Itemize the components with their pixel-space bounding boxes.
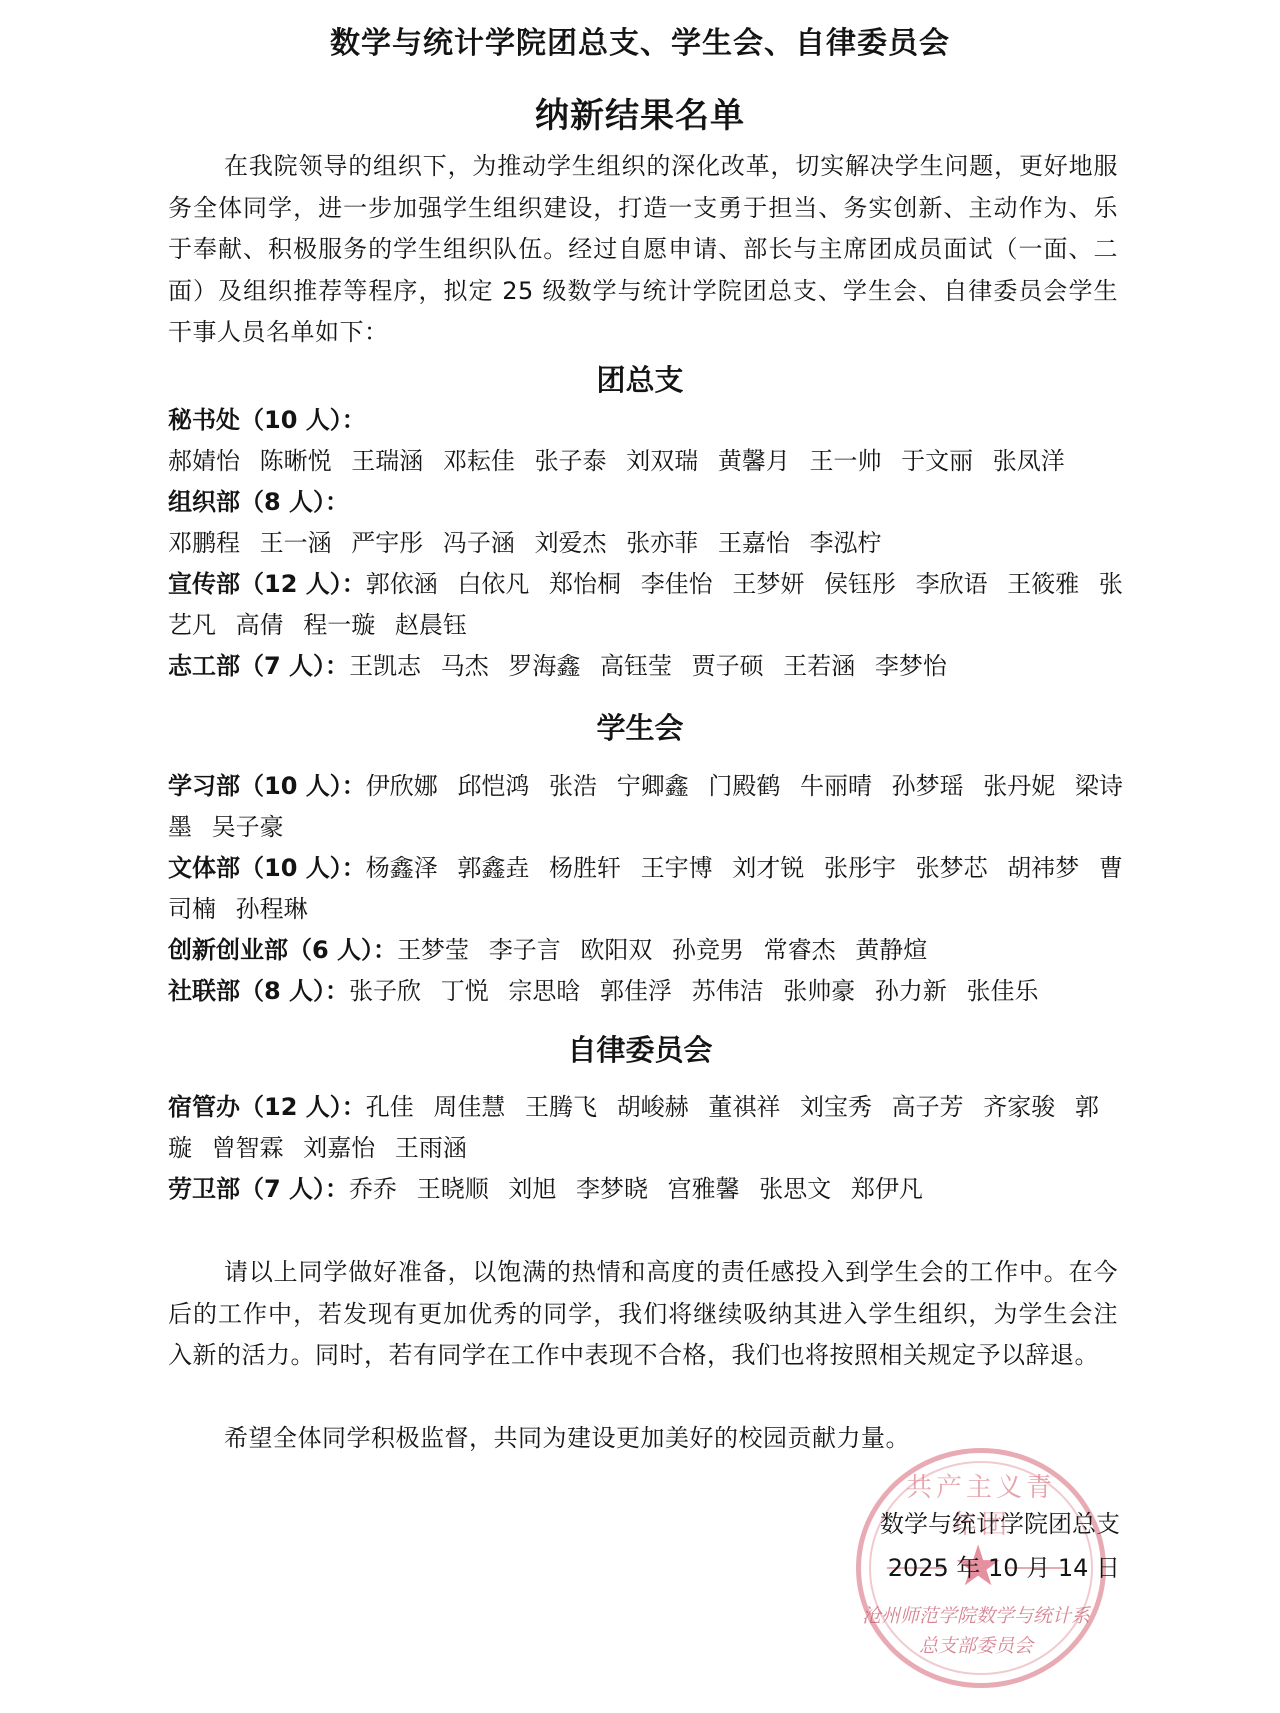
member-list: 郝婧怡 陈晰悦 王瑞涵 邓耘佳 张子泰 刘双瑞 黄馨月 王一帅 于文丽 张凤洋 [168,441,1128,482]
member-name: 高钰莹 [600,652,672,680]
member-list: 王梦莹 李子言 欧阳双 孙竞男 常睿杰 黄静煊 [397,936,939,964]
dept-count: （10 人）： [240,772,366,800]
member-name: 高倩 [236,611,284,639]
member-name: 郭依涵 [366,570,438,598]
member-name: 伊欣娜 [366,772,438,800]
dept-count: （7 人）： [240,652,349,680]
member-name: 张彤宇 [824,854,896,882]
member-name: 严宇彤 [351,529,423,557]
dept-count: （7 人）： [240,1175,349,1203]
member-name: 高子芳 [892,1093,964,1121]
dept-label: 学习部 [168,772,240,800]
member-name: 王梦妍 [732,570,804,598]
dept-count: （6 人）： [288,936,397,964]
member-name: 刘爱杰 [535,529,607,557]
member-name: 王晓顺 [417,1175,489,1203]
member-name: 李子言 [489,936,561,964]
member-name: 曾智霖 [212,1134,284,1162]
dept-label: 志工部 [168,652,240,680]
dept-label: 创新创业部 [168,936,288,964]
member-name: 张帅豪 [783,977,855,1005]
signature-date: 2025 年 10 月 14 日 [880,1546,1120,1590]
member-name: 张子欣 [349,977,421,1005]
member-name: 李梦晓 [576,1175,648,1203]
member-name: 贾子硕 [692,652,764,680]
document-title: 数学与统计学院团总支、学生会、自律委员会 [0,18,1280,62]
member-name: 苏伟洁 [692,977,764,1005]
member-name: 王雨涵 [395,1134,467,1162]
member-name: 王瑞涵 [351,447,423,475]
member-name: 刘才锐 [732,854,804,882]
member-name: 牛丽晴 [800,772,872,800]
signature-block: 数学与统计学院团总支 2025 年 10 月 14 日 [880,1502,1120,1590]
member-name: 张梦芯 [916,854,988,882]
dept-hygiene: 劳卫部（7 人）：乔乔 王晓顺 刘旭 李梦晓 宫雅馨 张思文 郑伊凡 [168,1169,1128,1210]
member-name: 程一璇 [303,611,375,639]
closing-paragraph: 请以上同学做好准备，以饱满的热情和高度的责任感投入到学生会的工作中。在今后的工作… [168,1252,1118,1377]
member-name: 马杰 [441,652,489,680]
member-name: 张思文 [759,1175,831,1203]
dept-label: 组织部 [168,488,240,516]
document-subtitle: 纳新结果名单 [0,88,1280,137]
dept-secretariat: 秘书处（10 人）： 郝婧怡 陈晰悦 王瑞涵 邓耘佳 张子泰 刘双瑞 黄馨月 王… [168,400,1128,482]
member-name: 罗海鑫 [508,652,580,680]
member-name: 刘嘉怡 [303,1134,375,1162]
member-list: 张子欣 丁悦 宗思晗 郭佳浮 苏伟洁 张帅豪 孙力新 张佳乐 [349,977,1050,1005]
member-name: 张亦菲 [626,529,698,557]
member-name: 孙程琳 [236,895,308,923]
member-name: 胡峻赫 [617,1093,689,1121]
dept-volunteer: 志工部（7 人）：王凯志 马杰 罗海鑫 高钰莹 贾子硕 王若涵 李梦怡 [168,646,1128,687]
member-name: 王腾飞 [525,1093,597,1121]
member-list: 王凯志 马杰 罗海鑫 高钰莹 贾子硕 王若涵 李梦怡 [349,652,959,680]
member-name: 王一帅 [809,447,881,475]
dept-count: （10 人）： [240,854,366,882]
dept-count: （8 人）： [240,488,349,516]
member-name: 张凤洋 [993,447,1065,475]
member-name: 郭鑫垚 [457,854,529,882]
seal-bottom-text-1: 沧州师范学院数学与统计系 [856,1601,1096,1628]
member-name: 孙力新 [875,977,947,1005]
dept-count: （12 人）： [240,570,366,598]
member-name: 杨鑫泽 [366,854,438,882]
member-name: 王筱雅 [1007,570,1079,598]
member-name: 郑怡桐 [549,570,621,598]
member-name: 邓鹏程 [168,529,240,557]
dept-label: 秘书处 [168,406,240,434]
member-name: 张子泰 [535,447,607,475]
dept-label: 社联部 [168,977,240,1005]
member-name: 黄馨月 [718,447,790,475]
section-title-youth-league: 团总支 [0,358,1280,399]
signature-org: 数学与统计学院团总支 [880,1502,1120,1546]
member-name: 白依凡 [457,570,529,598]
dept-label: 宣传部 [168,570,240,598]
member-name: 张浩 [549,772,597,800]
member-name: 刘双瑞 [626,447,698,475]
section-title-self-discipline: 自律委员会 [0,1028,1280,1069]
member-name: 侯钰彤 [824,570,896,598]
member-name: 郑伊凡 [851,1175,923,1203]
member-name: 孔佳 [366,1093,414,1121]
dept-count: （12 人）： [240,1093,366,1121]
member-name: 李梦怡 [875,652,947,680]
member-name: 周佳慧 [433,1093,505,1121]
member-name: 张丹妮 [983,772,1055,800]
member-name: 郭佳浮 [600,977,672,1005]
member-name: 邓耘佳 [443,447,515,475]
member-name: 王嘉怡 [718,529,790,557]
member-name: 吴子豪 [212,813,284,841]
member-name: 陈晰悦 [260,447,332,475]
seal-bottom-text-2: 总支部委员会 [856,1631,1096,1658]
dept-innovation: 创新创业部（6 人）：王梦莹 李子言 欧阳双 孙竞男 常睿杰 黄静煊 [168,930,1128,971]
member-name: 王一涵 [260,529,332,557]
dept-label: 宿管办 [168,1093,240,1121]
member-name: 欧阳双 [580,936,652,964]
member-name: 孙竞男 [672,936,744,964]
dept-publicity: 宣传部（12 人）：郭依涵 白依凡 郑怡桐 李佳怡 王梦妍 侯钰彤 李欣语 王筱… [168,564,1128,646]
member-name: 冯子涵 [443,529,515,557]
member-name: 杨胜轩 [549,854,621,882]
member-name: 张佳乐 [967,977,1039,1005]
member-name: 李佳怡 [641,570,713,598]
member-name: 丁悦 [441,977,489,1005]
member-name: 董祺祥 [708,1093,780,1121]
member-name: 王宇博 [641,854,713,882]
member-name: 于文丽 [901,447,973,475]
dept-organization: 组织部（8 人）： 邓鹏程 王一涵 严宇彤 冯子涵 刘爱杰 张亦菲 王嘉怡 李泓… [168,482,1128,564]
member-name: 黄静煊 [855,936,927,964]
dept-clubs: 社联部（8 人）：张子欣 丁悦 宗思晗 郭佳浮 苏伟洁 张帅豪 孙力新 张佳乐 [168,971,1128,1012]
member-name: 常睿杰 [764,936,836,964]
dept-count: （10 人）： [240,406,366,434]
member-name: 李泓柠 [809,529,881,557]
member-name: 郝婧怡 [168,447,240,475]
member-name: 刘宝秀 [800,1093,872,1121]
member-name: 邱恺鸿 [457,772,529,800]
member-name: 乔乔 [349,1175,397,1203]
member-name: 王梦莹 [397,936,469,964]
member-name: 胡祎梦 [1007,854,1079,882]
dept-culture-sports: 文体部（10 人）：杨鑫泽 郭鑫垚 杨胜轩 王宇博 刘才锐 张彤宇 张梦芯 胡祎… [168,848,1128,930]
member-list: 邓鹏程 王一涵 严宇彤 冯子涵 刘爱杰 张亦菲 王嘉怡 李泓柠 [168,523,1128,564]
member-name: 宗思晗 [508,977,580,1005]
member-name: 齐家骏 [983,1093,1055,1121]
member-name: 王若涵 [783,652,855,680]
member-name: 宁卿鑫 [617,772,689,800]
member-name: 刘旭 [508,1175,556,1203]
member-name: 王凯志 [349,652,421,680]
dept-label: 文体部 [168,854,240,882]
section-title-student-union: 学生会 [0,706,1280,747]
member-name: 李欣语 [916,570,988,598]
member-name: 宫雅馨 [668,1175,740,1203]
dept-dorm: 宿管办（12 人）：孔佳 周佳慧 王腾飞 胡峻赫 董祺祥 刘宝秀 高子芳 齐家骏… [168,1087,1128,1169]
document-page: 数学与统计学院团总支、学生会、自律委员会 纳新结果名单 在我院领导的组织下，为推… [0,0,1280,1713]
dept-study: 学习部（10 人）：伊欣娜 邱恺鸿 张浩 宁卿鑫 门殿鹤 牛丽晴 孙梦瑶 张丹妮… [168,766,1128,848]
member-list: 乔乔 王晓顺 刘旭 李梦晓 宫雅馨 张思文 郑伊凡 [349,1175,935,1203]
member-name: 赵晨钰 [395,611,467,639]
intro-paragraph: 在我院领导的组织下，为推动学生组织的深化改革，切实解决学生问题，更好地服务全体同… [168,146,1118,354]
dept-label: 劳卫部 [168,1175,240,1203]
member-name: 门殿鹤 [708,772,780,800]
member-name: 孙梦瑶 [892,772,964,800]
dept-count: （8 人）： [240,977,349,1005]
